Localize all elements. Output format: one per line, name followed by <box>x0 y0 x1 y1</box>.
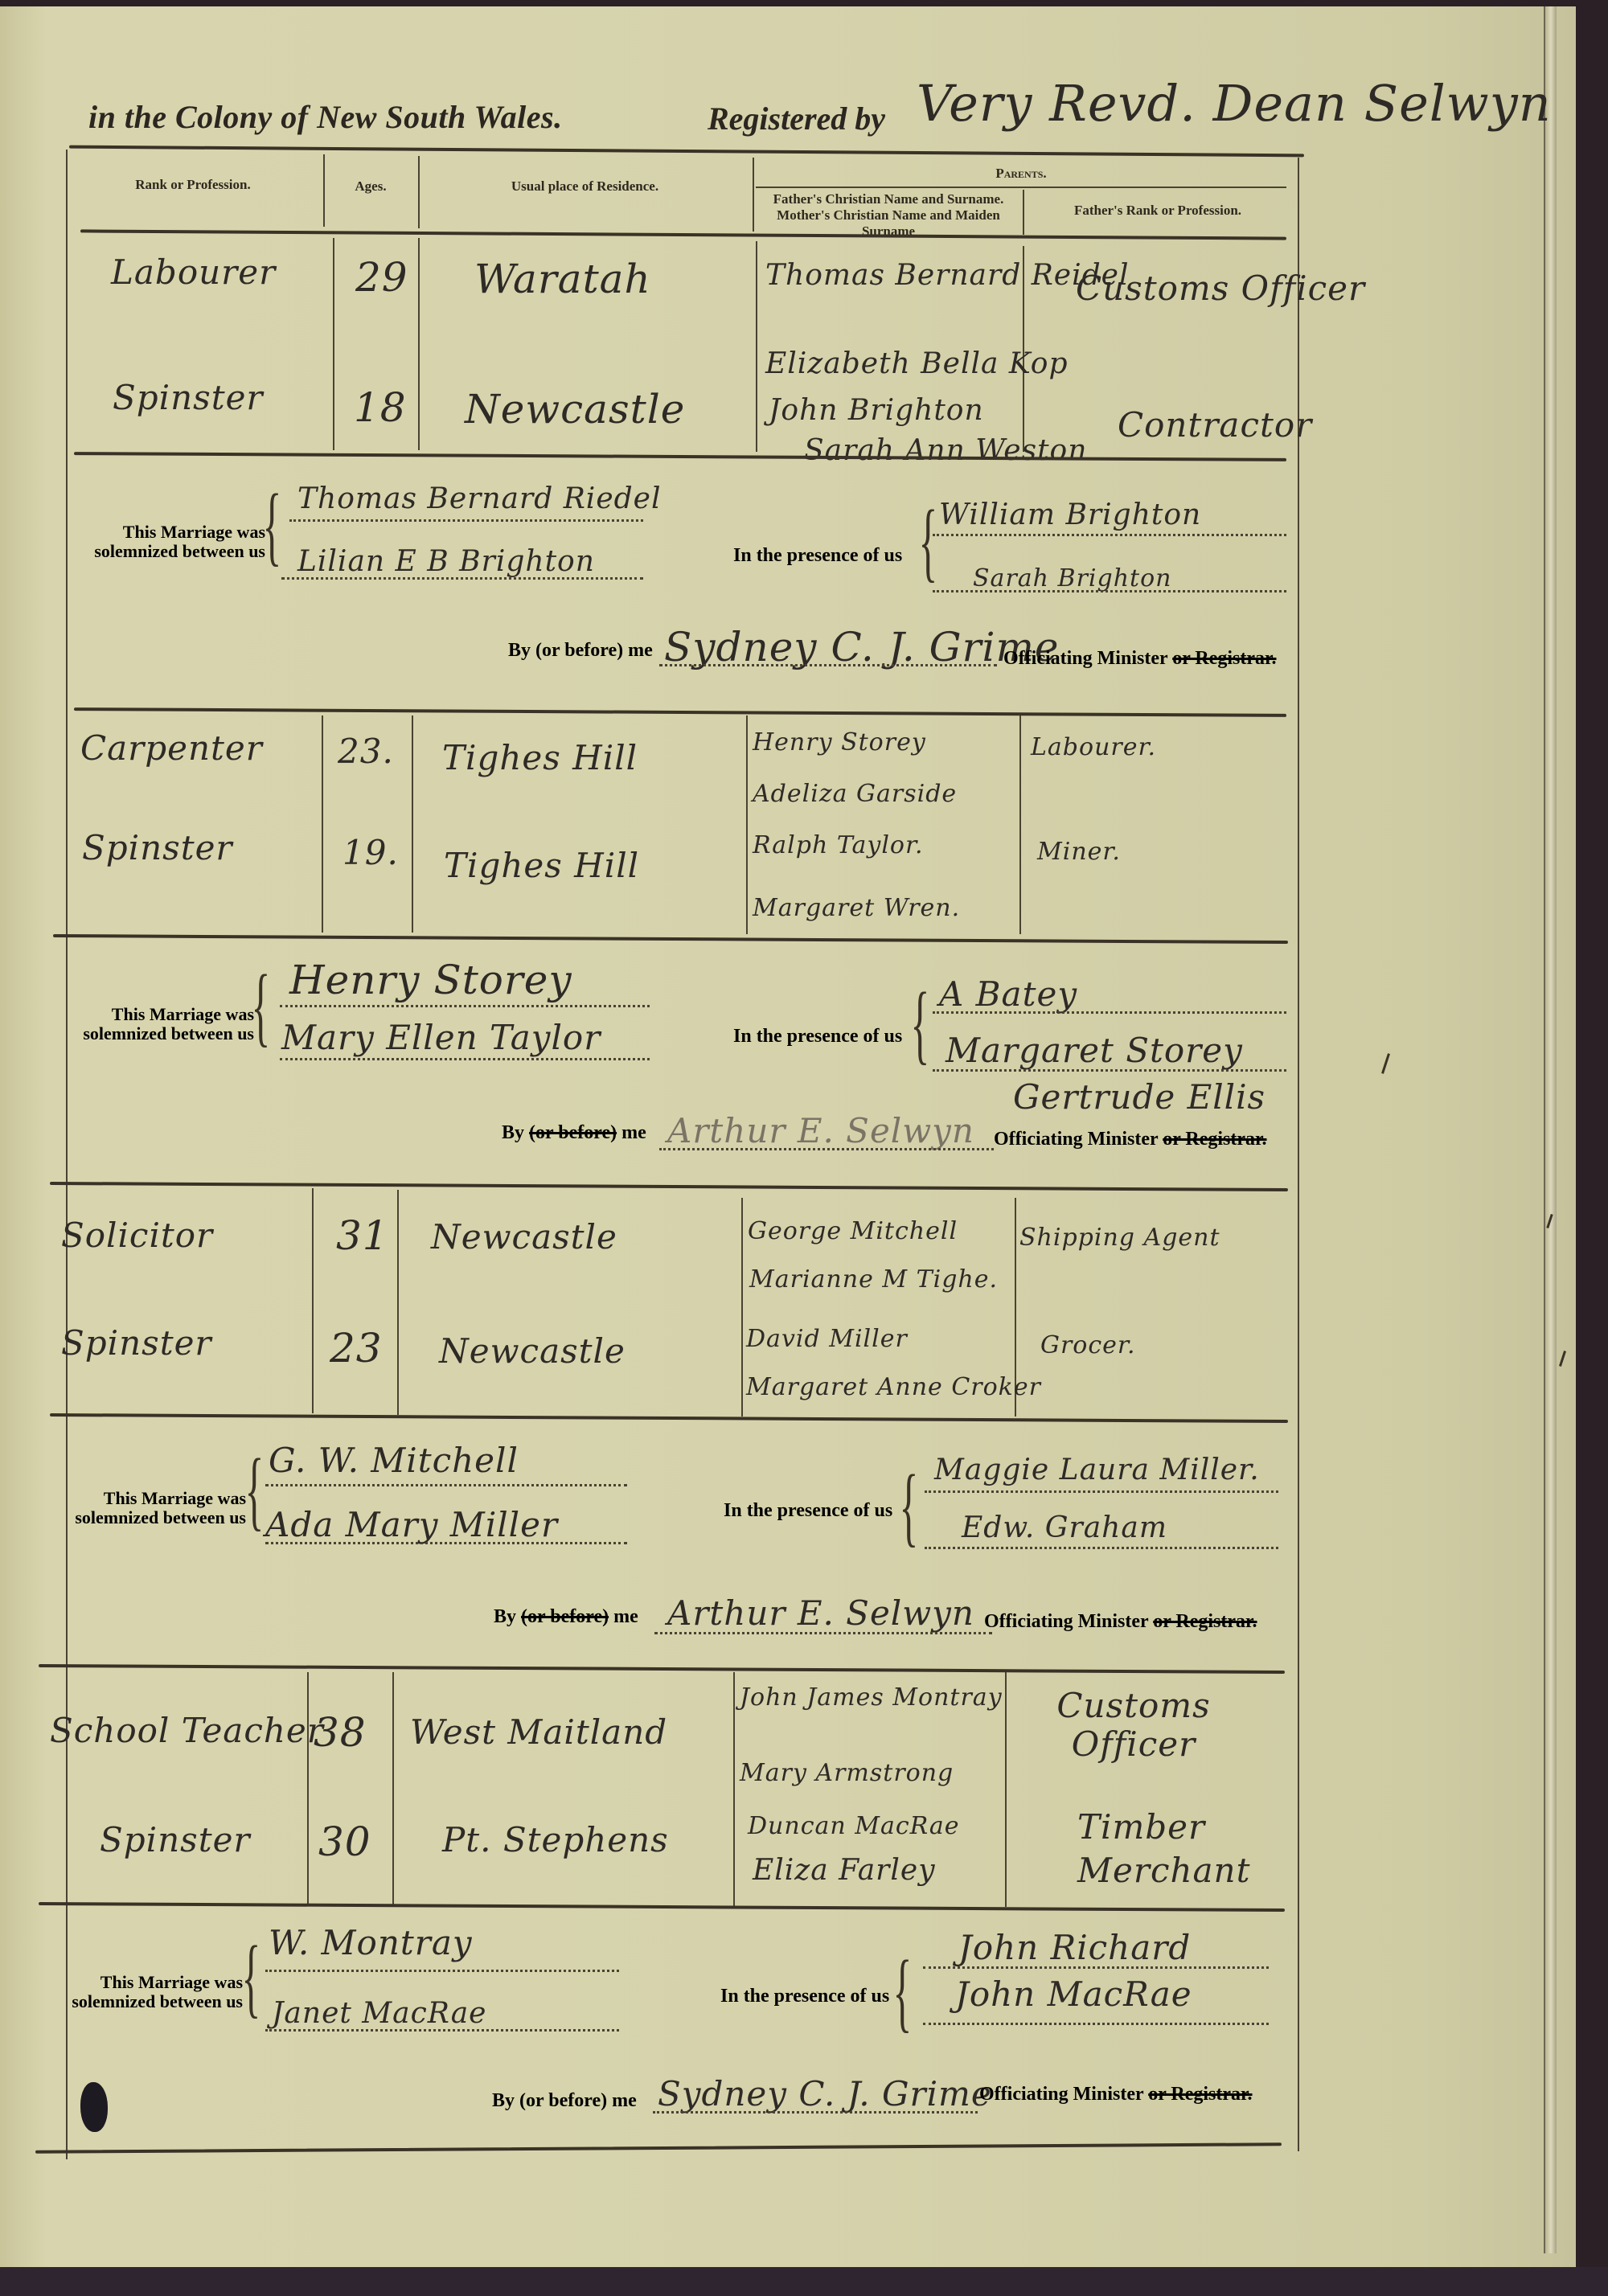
father-bride: David Miller <box>746 1325 908 1353</box>
solemnized-label: This Marriage was solemnized between us <box>32 1005 254 1043</box>
header-parents: Parents. <box>884 166 1158 182</box>
by-me-label: By (or before) me <box>502 1122 646 1144</box>
witness-1: John Richard <box>958 1928 1191 1967</box>
groom-residence: West Maitland <box>410 1712 667 1752</box>
minister-line <box>659 1148 994 1150</box>
witness-line <box>933 534 1286 536</box>
mother-bride: Margaret Anne Croker <box>746 1373 1041 1401</box>
bride-signature: Lilian E B Brighton <box>297 545 595 578</box>
signature-line <box>265 1484 627 1486</box>
by-label: By <box>502 1122 524 1143</box>
bride-age: 23 <box>330 1325 383 1371</box>
col-divider <box>397 1190 399 1415</box>
father-bride-rank: Contractor <box>1118 405 1312 445</box>
witness-1: William Brighton <box>939 498 1201 531</box>
col-divider <box>756 241 757 452</box>
groom-age: 31 <box>336 1212 389 1259</box>
registrar-signature: Very Revd. Dean Selwyn <box>917 74 1552 133</box>
by-label: By <box>492 2090 515 2111</box>
registrar-struck: or Registrar. <box>1172 648 1276 669</box>
book-binding <box>0 2267 1608 2296</box>
or-before-label: (or before) <box>519 2090 607 2111</box>
bride-rank: Spinster <box>113 378 264 417</box>
minister-signature: Arthur E. Selwyn <box>667 1111 974 1150</box>
mother-groom: Mary Armstrong <box>740 1759 954 1787</box>
me-label: me <box>613 1606 638 1627</box>
by-me-label: By (or before) me <box>508 640 653 662</box>
bride-residence: Pt. Stephens <box>442 1820 669 1859</box>
brace: { <box>263 481 282 569</box>
officiating-minister: Officiating Minister <box>1003 648 1167 669</box>
witness-3: Gertrude Ellis <box>1013 1077 1265 1117</box>
brace: { <box>900 1462 919 1550</box>
table-left-border <box>66 150 68 2159</box>
bride-residence: Newcastle <box>439 1331 626 1371</box>
col-divider <box>1023 190 1024 235</box>
bride-residence: Tighes Hill <box>444 846 639 885</box>
presence-label: In the presence of us <box>733 1026 902 1048</box>
presence-label: In the presence of us <box>733 545 902 567</box>
signature-line <box>265 2029 619 2032</box>
witness-2: Edw. Graham <box>962 1511 1167 1544</box>
mother-groom: Adeliza Garside <box>753 780 957 808</box>
header-father-rank: Father's Rank or Profession. <box>1025 203 1290 219</box>
witness-line <box>923 1966 1269 1969</box>
me-label: me <box>612 2090 637 2111</box>
groom-signature: Henry Storey <box>289 957 572 1003</box>
colony-heading: in the Colony of New South Wales. <box>88 98 563 136</box>
groom-rank: Labourer <box>111 252 276 292</box>
page-edge <box>1544 6 1557 2253</box>
witness-line <box>925 1490 1278 1493</box>
by-label: By <box>508 640 531 661</box>
header-residence: Usual place of Residence. <box>422 178 748 195</box>
col-divider <box>741 1198 743 1417</box>
groom-residence: Newcastle <box>431 1217 617 1257</box>
witness-line <box>933 590 1286 592</box>
father-bride: Duncan MacRae <box>748 1812 960 1840</box>
father-groom: Thomas Bernard Reidel <box>765 259 1130 292</box>
bride-age: 18 <box>354 384 407 431</box>
bride-age: 19. <box>343 833 399 872</box>
presence-label: In the presence of us <box>724 1500 892 1522</box>
col-divider <box>746 715 748 934</box>
bride-signature: Mary Ellen Taylor <box>281 1018 601 1057</box>
signature-line <box>280 1005 650 1007</box>
solemnized-label: This Marriage was solemnized between us <box>48 523 265 561</box>
mother-bride: Eliza Farley <box>753 1854 936 1887</box>
mother-bride: Sarah Ann Weston <box>804 434 1087 467</box>
brace: { <box>911 979 930 1068</box>
header-rank: Rank or Profession. <box>80 177 306 193</box>
groom-signature: G. W. Mitchell <box>269 1441 519 1480</box>
groom-rank: Solicitor <box>61 1216 213 1255</box>
father-groom-rank: Customs Officer <box>1045 1687 1222 1764</box>
header-age: Ages. <box>326 178 416 195</box>
signature-line <box>281 577 643 580</box>
witness-1: Maggie Laura Miller. <box>934 1453 1260 1486</box>
registrar-struck: or Registrar. <box>1153 1611 1257 1632</box>
signature-line <box>280 1058 650 1060</box>
father-groom: Henry Storey <box>753 728 926 756</box>
col-divider <box>418 156 420 228</box>
parents-subrule <box>756 187 1286 188</box>
minister-line <box>653 2111 978 2114</box>
groom-rank: School Teacher <box>50 1711 324 1750</box>
minister-signature: Arthur E. Selwyn <box>667 1593 974 1633</box>
col-divider <box>322 715 323 933</box>
bride-age: 30 <box>318 1818 371 1865</box>
by-label: By <box>494 1606 516 1627</box>
brace: { <box>919 497 938 585</box>
father-groom: John James Montray <box>740 1683 1003 1712</box>
table-right-border <box>1298 158 1299 2151</box>
brace: { <box>893 1947 913 2036</box>
father-bride-rank: Timber Merchant <box>1077 1806 1278 1892</box>
witness-2: Sarah Brighton <box>973 564 1171 592</box>
by-me-label: By (or before) me <box>492 2090 637 2112</box>
bride-rank: Spinster <box>82 828 233 867</box>
witness-1: A Batey <box>939 974 1077 1014</box>
brace: { <box>252 961 271 1050</box>
col-divider <box>733 1672 735 1907</box>
signature-line <box>265 1542 627 1544</box>
mother-bride: Margaret Wren. <box>753 894 960 922</box>
minister-signature: Sydney C. J. Grime <box>658 2074 992 2114</box>
father-groom-rank: Shipping Agent <box>1019 1224 1220 1252</box>
bride-rank: Spinster <box>61 1323 212 1363</box>
groom-age: 38 <box>314 1709 367 1756</box>
col-divider <box>412 715 413 933</box>
or-before-label: (or before) <box>529 1122 617 1143</box>
by-me-label: By (or before) me <box>494 1606 638 1628</box>
witness-line <box>933 1069 1286 1072</box>
col-divider <box>323 154 325 227</box>
bride-signature: Janet MacRae <box>272 1997 486 2030</box>
or-before-label: (or before) <box>535 640 623 661</box>
father-bride-rank: Grocer. <box>1040 1331 1136 1359</box>
officiating-label: Officiating Minister or Registrar. <box>979 2084 1253 2105</box>
registered-by-label: Registered by <box>708 100 885 137</box>
father-bride-rank: Miner. <box>1037 838 1121 866</box>
ink-blot <box>80 2082 108 2132</box>
brace: { <box>245 1445 265 1534</box>
me-label: me <box>628 640 653 661</box>
or-before-label: (or before) <box>521 1606 609 1627</box>
groom-residence: Waratah <box>474 256 651 302</box>
me-label: me <box>621 1122 646 1143</box>
col-divider <box>1019 715 1021 934</box>
groom-age: 29 <box>355 254 408 301</box>
signature-line <box>265 1970 619 1972</box>
father-bride: Ralph Taylor. <box>753 831 924 859</box>
officiating-label: Officiating Minister or Registrar. <box>994 1129 1267 1150</box>
col-divider <box>753 158 754 232</box>
registrar-struck: or Registrar. <box>1148 2084 1252 2105</box>
witness-line <box>923 2023 1269 2025</box>
witness-2: John MacRae <box>955 1974 1192 2014</box>
col-divider <box>1005 1672 1007 1907</box>
col-divider <box>392 1672 394 1905</box>
groom-residence: Tighes Hill <box>442 738 638 777</box>
officiating-minister: Officiating Minister <box>979 2084 1143 2105</box>
signature-line <box>289 519 643 522</box>
father-groom-rank: Customs Officer <box>1076 269 1365 308</box>
solemnized-label: This Marriage was solemnized between us <box>24 1489 246 1527</box>
mother-groom: Marianne M Tighe. <box>749 1265 998 1294</box>
officiating-label: Officiating Minister or Registrar. <box>1003 648 1277 670</box>
officiating-minister: Officiating Minister <box>984 1611 1148 1632</box>
col-divider <box>312 1188 314 1413</box>
witness-line <box>925 1547 1278 1549</box>
bride-signature: Ada Mary Miller <box>265 1505 558 1544</box>
presence-label: In the presence of us <box>720 1986 889 2007</box>
father-bride: John Brighton <box>769 394 984 427</box>
officiating-label: Officiating Minister or Registrar. <box>984 1611 1257 1633</box>
groom-rank: Carpenter <box>80 728 263 768</box>
solemnized-label: This Marriage was solemnized between us <box>16 1973 243 2011</box>
witness-line <box>933 1011 1286 1014</box>
registrar-struck: or Registrar. <box>1163 1129 1266 1150</box>
header-parents-names: Father's Christian Name and Surname. Mot… <box>756 191 1021 240</box>
groom-signature: W. Montray <box>269 1923 473 1962</box>
bride-rank: Spinster <box>100 1820 251 1859</box>
mother-groom: Elizabeth Bella Kop <box>765 347 1069 380</box>
col-divider <box>307 1672 309 1904</box>
witness-2: Margaret Storey <box>946 1031 1243 1070</box>
father-groom-rank: Labourer. <box>1031 733 1156 761</box>
brace: { <box>242 1933 261 2021</box>
bride-residence: Newcastle <box>465 386 685 433</box>
minister-line <box>654 1632 992 1634</box>
col-divider <box>418 238 420 450</box>
minister-line <box>659 664 997 666</box>
groom-age: 23. <box>338 732 394 771</box>
col-divider <box>333 238 334 450</box>
groom-signature: Thomas Bernard Riedel <box>297 482 662 515</box>
officiating-minister: Officiating Minister <box>994 1129 1158 1150</box>
father-groom: George Mitchell <box>748 1217 958 1245</box>
